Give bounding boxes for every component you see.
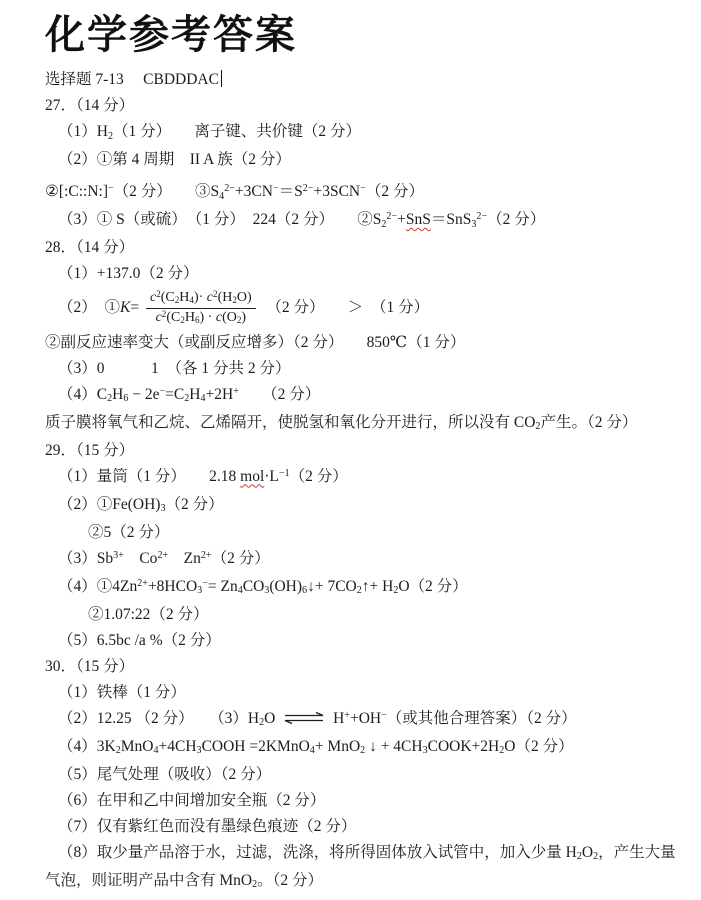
q28-answer-1: （1）+137.0（2 分） (58, 264, 675, 284)
q30-heading: 30．（15 分） (45, 657, 675, 677)
q30-answer-5-text: （5）尾气处理（吸收）（2 分） (58, 765, 271, 785)
q30-heading-text: 30．（15 分） (45, 657, 134, 677)
q30-answer-2-3: （2）12.25 （2 分） （3）H2O H++OH−（或其他合理答案）（2 … (58, 709, 675, 731)
document-page: 化学参考答案 选择题 7-13 CBDDDAC27．（14 分）（1）H2（1 … (0, 0, 701, 900)
q28-heading: 28．（14 分） (45, 238, 675, 258)
q30-answer-1: （1）铁棒（1 分） (58, 683, 675, 703)
spellcheck-flagged-word: mol (240, 468, 264, 485)
q29-answer-5-text: （5）6.5bc /a %（2 分） (58, 631, 221, 651)
q29-answer-2-1-text: （2）①Fe(OH)3（2 分） (58, 495, 224, 517)
q29-answer-3: （3）Sb3+ Co2+ Zn2+（2 分） (58, 549, 675, 571)
q28-answer-2-1-text: （2） ①K= c2(C2H4)· c2(H2O)c2(C2H6) · c(O2… (58, 290, 429, 327)
q27-answer-1: （1）H2（1 分） 离子键、共价键（2 分） (58, 122, 675, 144)
q28-answer-3: （3）0 1 （各 1 分共 2 分） (58, 359, 675, 379)
q28-answer-2-1: （2） ①K= c2(C2H4)· c2(H2O)c2(C2H6) · c(O2… (58, 290, 675, 327)
q30-answer-4-text: （4）3K2MnO4+4CH3COOH =2KMnO4+ MnO2 ↓ + 4C… (58, 737, 574, 759)
q28-answer-4-explanation-text: 质子膜将氧气和乙烷、乙烯隔开，使脱氢和氧化分开进行，所以没有 CO2产生。（2 … (45, 413, 637, 435)
q27-answer-2-1: （2）①第 4 周期 II A 族（2 分） (58, 150, 675, 170)
q29-answer-4-2: ②1.07:22（2 分） (88, 605, 675, 625)
q30-answer-8-line1-text: （8）取少量产品溶于水，过滤，洗涤，将所得固体放入试管中，加入少量 H2O2，产… (58, 843, 676, 865)
q29-answer-4-1-text: （4）①4Zn2++8HCO3−= Zn4CO3(OH)6↓+ 7CO2↑+ H… (58, 577, 468, 599)
q27-answer-3: （3）① S（或硫） （1 分） 224（2 分） ②S22−+SnS＝SnS3… (58, 210, 675, 232)
q29-answer-4-1: （4）①4Zn2++8HCO3−= Zn4CO3(OH)6↓+ 7CO2↑+ H… (58, 577, 675, 599)
q30-answer-7-text: （7）仅有紫红色而没有墨绿色痕迹（2 分） (58, 817, 356, 837)
q29-answer-2-2-text: ②5（2 分） (88, 523, 169, 543)
text-cursor-caret (221, 70, 223, 87)
q27-heading: 27．（14 分） (45, 96, 675, 116)
choice-answers-line: 选择题 7-13 CBDDDAC (45, 70, 675, 90)
q27-heading-text: 27．（14 分） (45, 96, 134, 116)
q30-answer-8-line1: （8）取少量产品溶于水，过滤，洗涤，将所得固体放入试管中，加入少量 H2O2，产… (58, 843, 675, 865)
q28-heading-text: 28．（14 分） (45, 238, 134, 258)
q29-answer-1-text: （1）量筒（1 分） 2.18 mol·L−1（2 分） (58, 467, 348, 489)
q30-answer-1-text: （1）铁棒（1 分） (58, 683, 186, 703)
page-title: 化学参考答案 (45, 14, 675, 56)
spellcheck-flagged-word: SnS (406, 211, 431, 228)
q30-answer-6-text: （6）在甲和乙中间增加安全瓶（2 分） (58, 791, 325, 811)
q29-answer-3-text: （3）Sb3+ Co2+ Zn2+（2 分） (58, 549, 270, 571)
q27-answer-2-2-3-text: ②[:C::N:]−（2 分） ③S42−+3CN−＝S2−+3SCN−（2 分… (45, 182, 424, 204)
q30-answer-5: （5）尾气处理（吸收）（2 分） (58, 765, 675, 785)
choice-answers-line-text: 选择题 7-13 CBDDDAC (45, 70, 222, 90)
document-body: 选择题 7-13 CBDDDAC27．（14 分）（1）H2（1 分） 离子键、… (45, 70, 675, 893)
q28-answer-1-text: （1）+137.0（2 分） (58, 264, 199, 284)
q27-answer-1-text: （1）H2（1 分） 离子键、共价键（2 分） (58, 122, 361, 144)
q29-answer-2-1: （2）①Fe(OH)3（2 分） (58, 495, 675, 517)
q27-answer-2-1-text: （2）①第 4 周期 II A 族（2 分） (58, 150, 291, 170)
q27-answer-3-text: （3）① S（或硫） （1 分） 224（2 分） ②S22−+SnS＝SnS3… (58, 210, 545, 232)
q29-answer-2-2: ②5（2 分） (88, 523, 675, 543)
q30-answer-7: （7）仅有紫红色而没有墨绿色痕迹（2 分） (58, 817, 675, 837)
q27-answer-2-2-3: ②[:C::N:]−（2 分） ③S42−+3CN−＝S2−+3SCN−（2 分… (45, 182, 675, 204)
q29-heading-text: 29．（15 分） (45, 441, 134, 461)
equilibrium-arrow-icon (282, 709, 326, 729)
q28-answer-2-2-text: ②副反应速率变大（或副反应增多）（2 分） 850℃（1 分） (45, 333, 465, 353)
equilibrium-constant-fraction: c2(C2H4)· c2(H2O)c2(C2H6) · c(O2) (146, 290, 256, 327)
q30-answer-6: （6）在甲和乙中间增加安全瓶（2 分） (58, 791, 675, 811)
q29-answer-1: （1）量筒（1 分） 2.18 mol·L−1（2 分） (58, 467, 675, 489)
q28-answer-4: （4）C2H6 − 2e−=C2H4+2H+ （2 分） (58, 385, 675, 407)
q28-answer-4-text: （4）C2H6 − 2e−=C2H4+2H+ （2 分） (58, 385, 320, 407)
q28-answer-2-2: ②副反应速率变大（或副反应增多）（2 分） 850℃（1 分） (45, 333, 675, 353)
q28-answer-4-explanation: 质子膜将氧气和乙烷、乙烯隔开，使脱氢和氧化分开进行，所以没有 CO2产生。（2 … (45, 413, 675, 435)
q29-heading: 29．（15 分） (45, 441, 675, 461)
q30-answer-4: （4）3K2MnO4+4CH3COOH =2KMnO4+ MnO2 ↓ + 4C… (58, 737, 675, 759)
q30-answer-8-line2: 气泡，则证明产品中含有 MnO2。（2 分） (45, 871, 675, 893)
q29-answer-5: （5）6.5bc /a %（2 分） (58, 631, 675, 651)
q30-answer-8-line2-text: 气泡，则证明产品中含有 MnO2。（2 分） (45, 871, 323, 893)
q29-answer-4-2-text: ②1.07:22（2 分） (88, 605, 209, 625)
q28-answer-3-text: （3）0 1 （各 1 分共 2 分） (58, 359, 291, 379)
q30-answer-2-3-text: （2）12.25 （2 分） （3）H2O H++OH−（或其他合理答案）（2 … (58, 709, 577, 731)
